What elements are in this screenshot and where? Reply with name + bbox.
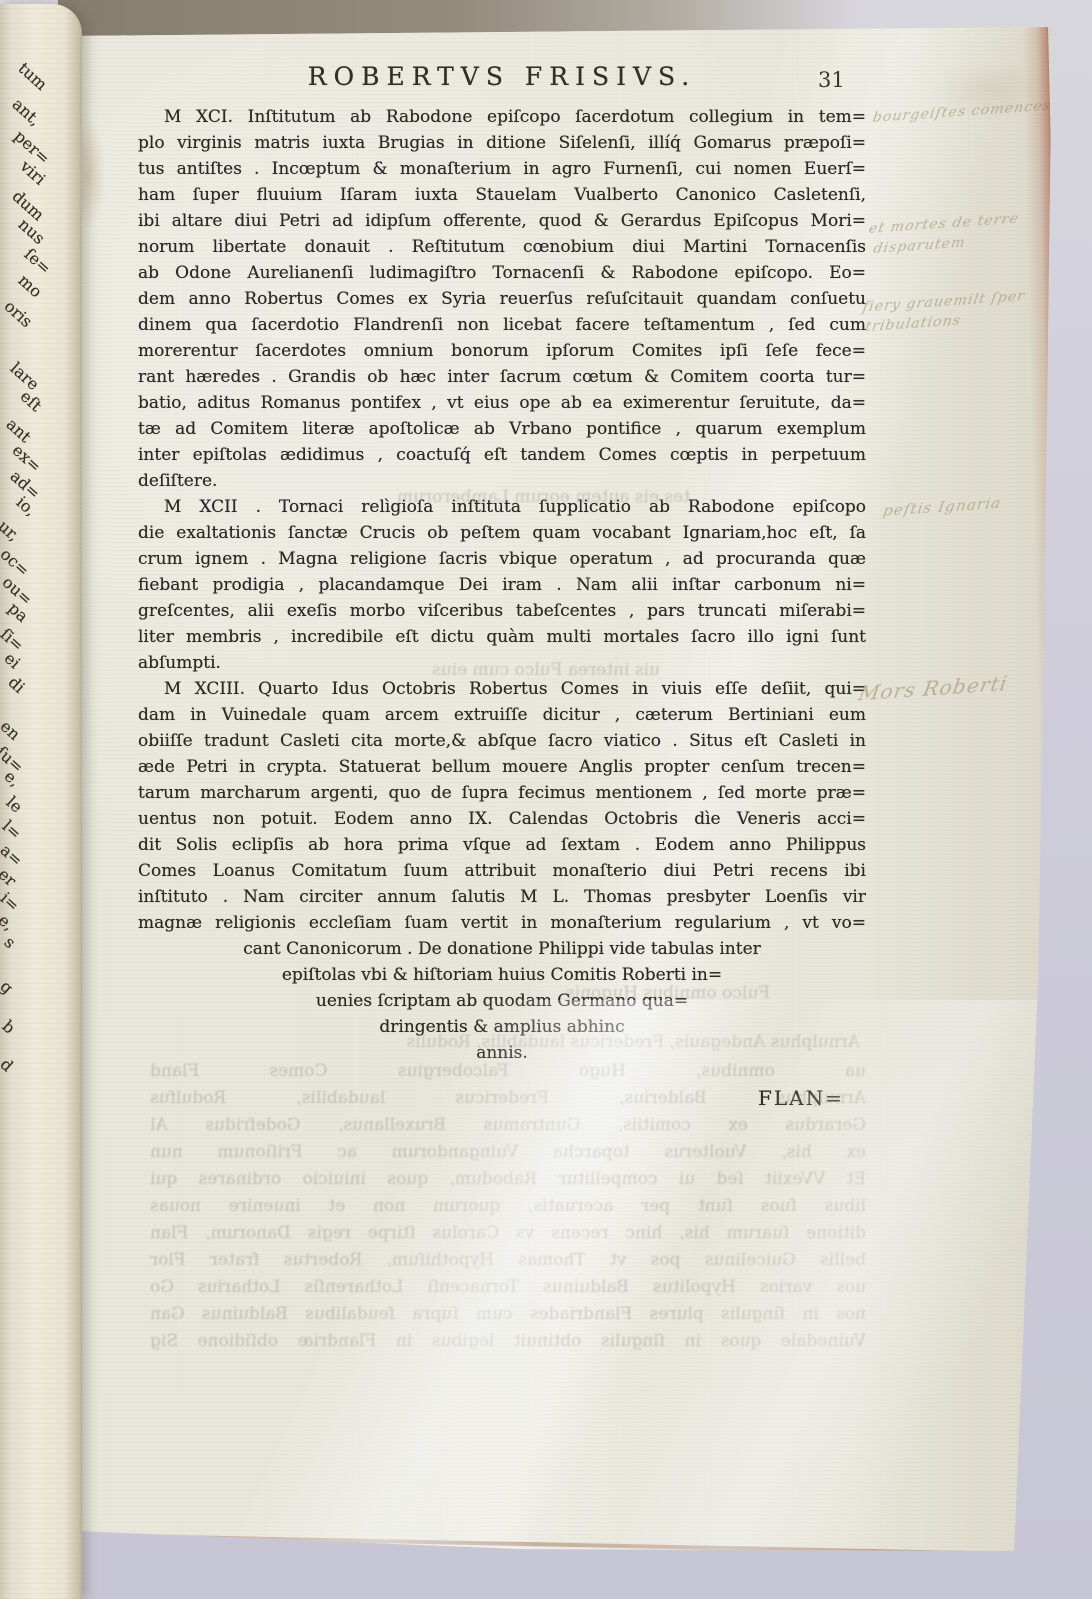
text-line: tæ ad Comitem literæ apoſtolicæ ab Vrban… — [138, 416, 866, 442]
text-line: morerentur ſacerdotes omnium bonorum ipſ… — [138, 338, 866, 364]
text-line: rant hæredes . Grandis ob hæc inter ſacr… — [138, 364, 866, 390]
page-edge-text-fragment: b — [0, 1018, 18, 1037]
page-edge-text-fragment: d — [0, 1056, 16, 1075]
text-line: dinem qua ſacerdotio Flandrenſi non lice… — [138, 312, 866, 338]
page-edge-text-fragment: i= — [0, 890, 22, 914]
page-edge-text-fragment: ant — [3, 416, 33, 445]
page-edge-text-fragment: oris — [1, 298, 34, 330]
text-line: ab Odone Aurelianenſi ludimagiſtro Torna… — [138, 260, 866, 286]
page-edge-text-fragment: en — [0, 718, 23, 743]
text-line: crum ignem . Magna religione ſacris vbiq… — [138, 546, 866, 572]
text-line: tarum marcharum argenti, quo de ſupra fe… — [138, 780, 866, 806]
handwritten-marginal-note: fiery grauemilt ſper — [861, 288, 1026, 315]
page-edge-text-fragment: eſt — [17, 388, 44, 414]
page-edge-text-fragment: lare — [7, 360, 41, 393]
page-edge-text-fragment: ei — [1, 650, 23, 672]
page-edge-text-fragment: g — [0, 978, 16, 997]
text-line: tus antiſtes . Incœptum & monaſterium in… — [138, 156, 866, 182]
show-through-text-line: Et VVexiit ſed ui compellitur Rabodum, q… — [150, 1166, 866, 1193]
text-line: æde Petri in crypta. Statuerat bellum mo… — [138, 754, 866, 780]
show-through-text-line: nos in ſingulis plures Flandriades cum ſ… — [150, 1301, 866, 1328]
text-line: uentus non potuit. Eodem anno IX. Calend… — [138, 806, 866, 832]
page-edge-text-fragment: ant, — [9, 96, 43, 129]
running-title: ROBERTVS FRISIVS. — [138, 62, 866, 91]
handwritten-marginal-note: et mortes de terre — [867, 211, 1020, 237]
show-through-text-line: Vuinedale quos in ſingulis obtinuit legi… — [150, 1328, 866, 1355]
text-line: ibi altare diui Petri ad idipſum offeren… — [138, 208, 866, 234]
bottom-edge-line — [76, 1533, 1016, 1556]
text-line: Comes Loanus Comitatum ſuum attribuit mo… — [138, 858, 866, 884]
handwritten-marginal-note: tribulations — [864, 313, 963, 336]
text-line: fiebant prodigia , placandamque Dei iram… — [138, 572, 866, 598]
page-number: 31 — [818, 68, 845, 92]
page-edge-text-fragment: ur, — [0, 518, 22, 544]
show-through-text-line: ua omnibus, Hugo Falcobergius Comes Flan… — [150, 1058, 866, 1085]
show-through-text-line: bellis Guicelinus pos vt Thomas Hypothiſ… — [150, 1247, 866, 1274]
page-edge-text-fragment: nus — [15, 216, 47, 247]
page-edge-text-fragment: e, — [0, 912, 17, 934]
book-page: ROBERTVS FRISIVS. 31 M XCI. Inſtitutum a… — [0, 0, 1092, 1599]
text-line: ham ſuper fluuium Iſaram iuxta Stauelam … — [138, 182, 866, 208]
show-through-text-block: ua omnibus, Hugo Falcobergius Comes Flan… — [150, 1058, 866, 1355]
page-edge-text-fragment: le — [3, 794, 25, 816]
page-edge-text-fragment: e, — [1, 768, 23, 790]
printed-text-block: M XCI. Inſtitutum ab Rabodone epiſcopo ſ… — [138, 104, 866, 1066]
text-line: cant Canonicorum . De donatione Philippi… — [138, 936, 866, 962]
text-line: batio, aditus Romanus pontifex , vt eius… — [138, 390, 866, 416]
book-photo: ROBERTVS FRISIVS. 31 M XCI. Inſtitutum a… — [0, 0, 1092, 1599]
text-line: plo virginis matris iuxta Brugias in dit… — [138, 130, 866, 156]
page-edge-text-fragment: er — [0, 866, 19, 889]
text-line: greſcentes, alii exeſis morbo viſceribus… — [138, 598, 866, 624]
page-edge-text-fragment: a= — [0, 842, 25, 869]
handwritten-marginal-note: disparutem — [872, 235, 967, 257]
text-line: obiiſſe tradunt Casleti cita morte,& abſ… — [138, 728, 866, 754]
text-line: inſtituto . Nam circiter annum ſalutis M… — [138, 884, 866, 910]
page-edge-text-fragment: di — [5, 674, 27, 696]
page-edge-text-fragment: oc= — [0, 546, 32, 579]
text-line: dem anno Robertus Comes ex Syria reuerſu… — [138, 286, 866, 312]
show-through-text-line: ex his, Vuolterus toparcha Vuingandorum … — [150, 1139, 866, 1166]
page-edge-text-fragment: tum — [15, 60, 49, 93]
show-through-text-line: uos varios Hypolitus Balduinus Tornacenſ… — [150, 1274, 866, 1301]
show-through-text-fragment: uis interea Fulco cum eius — [330, 660, 660, 680]
text-line: dit Solis eclipſis ab hora prima vſque a… — [138, 832, 866, 858]
show-through-text-line: Arnulphus Balderius, Fredericus laudabil… — [150, 1085, 866, 1112]
previous-page-edge: tum ant, per= viri dum nus ſe= mo oris l… — [0, 4, 82, 1599]
page-edge-text-fragment: s — [1, 934, 18, 951]
text-line: magnæ religionis eccleſiam ſuam vertit i… — [138, 910, 866, 936]
show-through-text-fragment: Arnulphus Andegauis, Fredericus laudabil… — [300, 1032, 860, 1052]
page-edge-text-fragment: l= — [0, 818, 24, 842]
show-through-text-line: ditione ſuarum his, hinc recens vs Carol… — [150, 1220, 866, 1247]
text-line: die exaltationis ſanctæ Crucis ob peſtem… — [138, 520, 866, 546]
text-line: liter membris , incredibile eſt dictu qu… — [138, 624, 866, 650]
show-through-text-line: libus ſuos ſunt per aceruatis, quorum no… — [150, 1193, 866, 1220]
fore-edge-red-tint — [1022, 26, 1084, 1554]
handwritten-marginal-note: peſtis Ignaria — [882, 494, 1003, 520]
text-line: inter epiſtolas ædidimus , coactuſq́ eſt… — [138, 442, 866, 468]
show-through-text-line: Gerardus ex comitiis, Guntramus Bruxella… — [150, 1112, 866, 1139]
text-line: M XCI. Inſtitutum ab Rabodone epiſcopo ſ… — [138, 104, 866, 130]
show-through-text-fragment: Fulco omnibus Hugonis — [470, 983, 770, 1003]
text-line: dam in Vuinedale quam arcem extruiſſe di… — [138, 702, 866, 728]
text-line: norum libertate donauit . Reſtitutum cœn… — [138, 234, 866, 260]
show-through-text-fragment: tes eis autem eorum Lamberorum — [260, 487, 690, 507]
handwritten-marginal-note: Mors Roberti — [857, 671, 1010, 705]
